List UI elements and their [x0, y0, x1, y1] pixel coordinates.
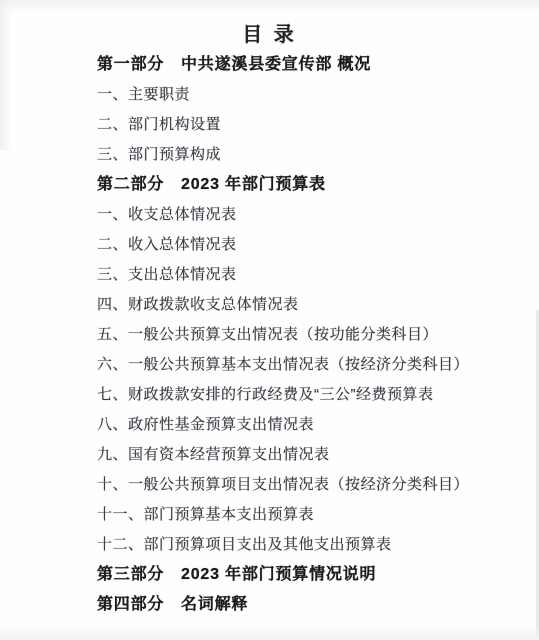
- toc-entry: 七、财政拨款安排的行政经费及“三公”经费预算表: [97, 380, 511, 410]
- toc-entry: 十一、部门预算基本支出预算表: [97, 500, 511, 530]
- toc-entry: 五、一般公共预算支出情况表（按功能分类科目）: [97, 320, 511, 350]
- toc-entry: 一、收支总体情况表: [97, 200, 511, 230]
- scan-artifact-bottom-edge: [0, 624, 539, 640]
- toc-part-heading: 第一部分 中共遂溪县委宣传部 概况: [97, 50, 511, 80]
- toc-list: 第一部分 中共遂溪县委宣传部 概况一、主要职责二、部门机构设置三、部门预算构成第…: [0, 50, 539, 620]
- page-title: 目 录: [0, 0, 539, 50]
- toc-part-heading: 第四部分 名词解释: [97, 590, 511, 620]
- toc-entry: 十二、部门预算项目支出及其他支出预算表: [97, 530, 511, 560]
- toc-entry: 二、部门机构设置: [97, 110, 511, 140]
- toc-entry: 十、一般公共预算项目支出情况表（按经济分类科目）: [97, 470, 511, 500]
- toc-entry: 三、部门预算构成: [97, 140, 511, 170]
- scanned-document-page: 目 录 第一部分 中共遂溪县委宣传部 概况一、主要职责二、部门机构设置三、部门预…: [0, 0, 539, 640]
- toc-entry: 八、政府性基金预算支出情况表: [97, 410, 511, 440]
- toc-entry: 三、支出总体情况表: [97, 260, 511, 290]
- toc-entry: 四、财政拨款收支总体情况表: [97, 290, 511, 320]
- toc-entry: 六、一般公共预算基本支出情况表（按经济分类科目）: [97, 350, 511, 380]
- toc-entry: 九、国有资本经营预算支出情况表: [97, 440, 511, 470]
- toc-part-heading: 第二部分 2023 年部门预算表: [97, 170, 511, 200]
- toc-part-heading: 第三部分 2023 年部门预算情况说明: [97, 560, 511, 590]
- toc-entry: 一、主要职责: [97, 80, 511, 110]
- toc-entry: 二、收入总体情况表: [97, 230, 511, 260]
